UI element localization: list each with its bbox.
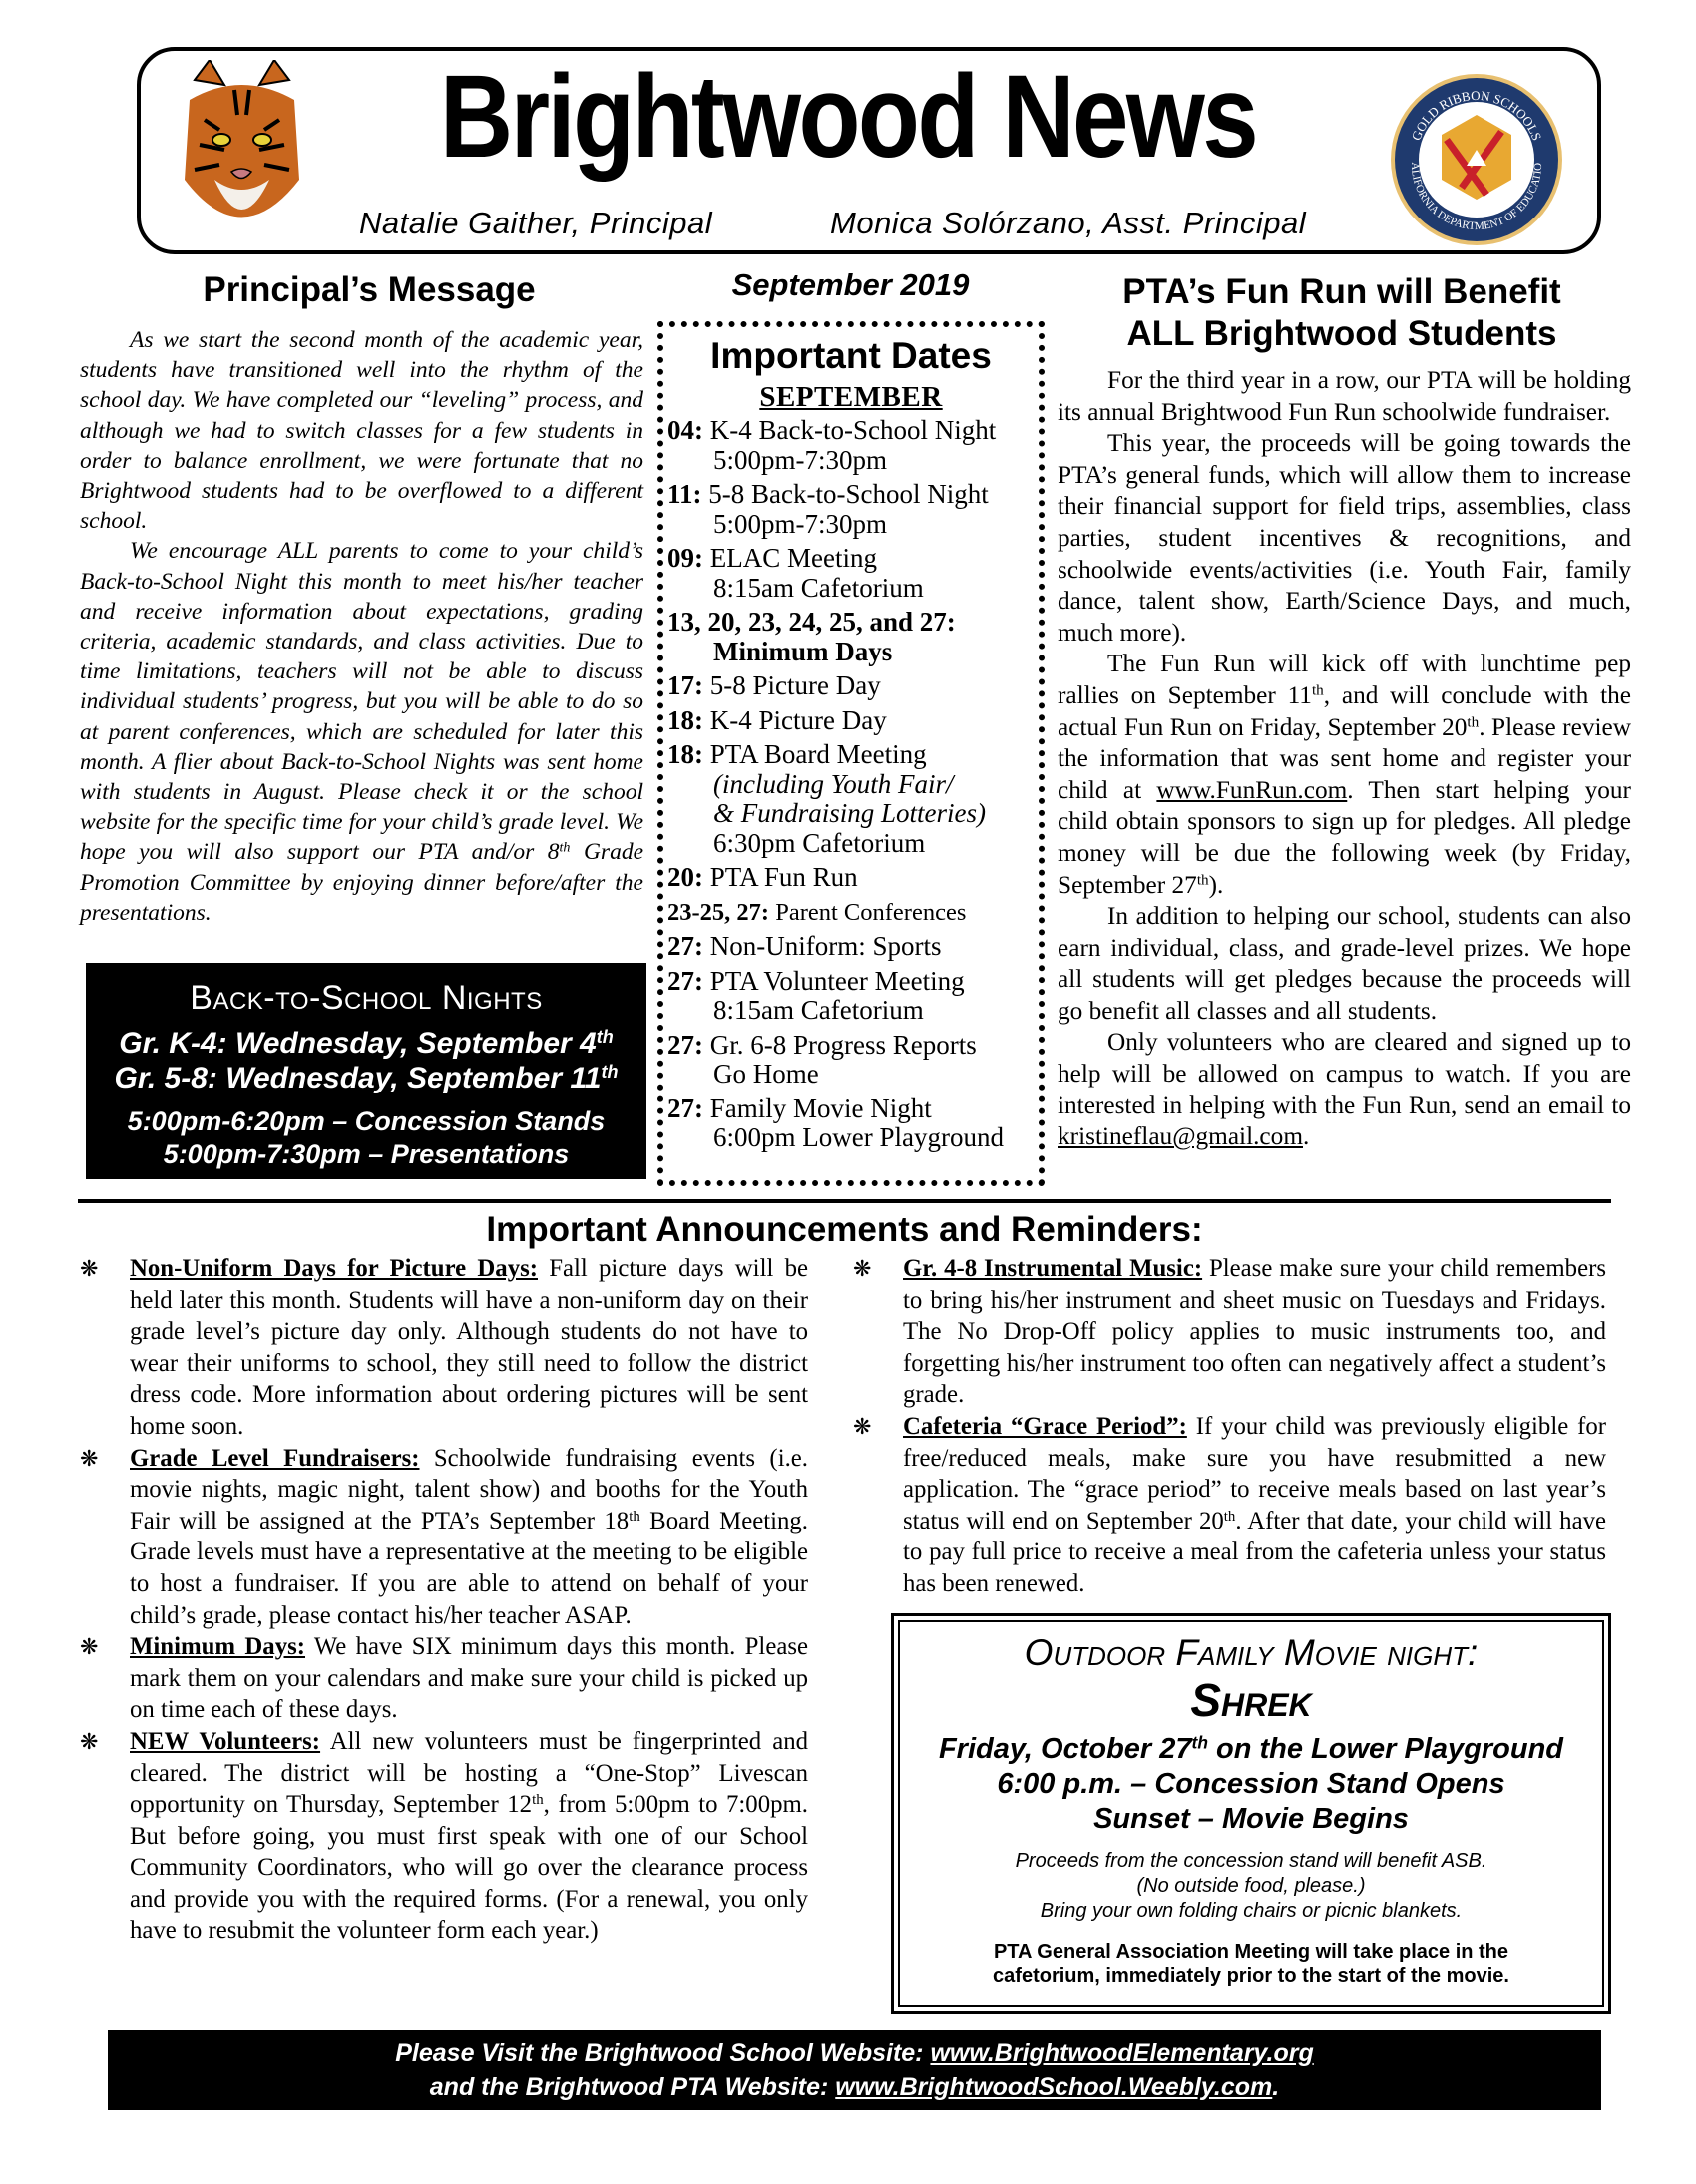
pta-article-body: For the third year in a row, our PTA wil… (1058, 365, 1631, 1153)
back-to-school-nights-box: Back-to-School Nights Gr. K-4: Wednesday… (86, 963, 646, 1179)
g58-date: Gr. 5-8: Wednesday, September 11th (86, 1061, 646, 1095)
principal-message-body: As we start the second month of the acad… (80, 325, 643, 928)
date-item: 17: 5-8 Picture Day (663, 671, 1039, 701)
announcement-item: ❋NEW Volunteers: All new volunteers must… (80, 1726, 808, 1947)
date-item: 27: Gr. 6-8 Progress ReportsGo Home (663, 1031, 1039, 1090)
principal-message-title: Principal’s Message (110, 269, 629, 311)
pta-paragraph: For the third year in a row, our PTA wil… (1058, 365, 1631, 428)
announcement-item: ❋Gr. 4-8 Instrumental Music: Please make… (853, 1253, 1606, 1411)
snowflake-bullet-icon: ❋ (80, 1443, 98, 1475)
announcement-item: ❋Cafeteria “Grace Period”: If your child… (853, 1411, 1606, 1600)
snowflake-bullet-icon: ❋ (853, 1253, 871, 1285)
pta-paragraph: Only volunteers who are cleared and sign… (1058, 1027, 1631, 1152)
pta-website-line: and the Brightwood PTA Website: www.Brig… (108, 2070, 1601, 2104)
section-divider (78, 1199, 1611, 1203)
school-website-link[interactable]: www.BrightwoodElementary.org (930, 2039, 1313, 2067)
snowflake-bullet-icon: ❋ (853, 1411, 871, 1443)
back-to-school-heading: Back-to-School Nights (86, 979, 646, 1018)
website-footer: Please Visit the Brightwood School Websi… (108, 2030, 1601, 2110)
movie-night-box: Outdoor Family Movie night: Shrek Friday… (891, 1613, 1611, 2014)
date-item: 18: K-4 Picture Day (663, 706, 1039, 736)
email-link[interactable]: kristineflau@gmail.com (1058, 1122, 1303, 1150)
pta-meeting-note: PTA General Association Meeting will tak… (900, 1940, 1602, 1989)
movie-title: Shrek (900, 1674, 1602, 1726)
announcement-item: ❋Minimum Days: We have SIX minimum days … (80, 1631, 808, 1726)
date-item: 27: Family Movie Night6:00pm Lower Playg… (663, 1094, 1039, 1153)
date-item: 23-25, 27: Parent Conferences (663, 898, 1039, 928)
movie-date: Friday, October 27th on the Lower Playgr… (900, 1732, 1602, 1767)
principal-message-paragraph: As we start the second month of the acad… (80, 325, 643, 536)
principal-name: Natalie Gaither, Principal (359, 206, 712, 241)
gold-ribbon-schools-seal-icon: GOLD RIBBON SCHOOLS CALIFORNIA DEPARTMEN… (1387, 70, 1566, 249)
announcements-title: Important Announcements and Reminders: (78, 1209, 1611, 1251)
date-item: 27: PTA Volunteer Meeting8:15am Cafetori… (663, 967, 1039, 1026)
month-label: SEPTEMBER (663, 381, 1039, 414)
date-item: 27: Non-Uniform: Sports (663, 932, 1039, 962)
pta-paragraph: The Fun Run will kick off with lunchtime… (1058, 649, 1631, 901)
movie-night-heading: Outdoor Family Movie night: (900, 1632, 1602, 1674)
snowflake-bullet-icon: ❋ (80, 1726, 98, 1758)
announcements-right-column: ❋Gr. 4-8 Instrumental Music: Please make… (853, 1253, 1606, 1600)
date-item: 20: PTA Fun Run (663, 863, 1039, 893)
principal-message-paragraph: We encourage ALL parents to come to your… (80, 536, 643, 928)
snowflake-bullet-icon: ❋ (80, 1631, 98, 1663)
date-item: 09: ELAC Meeting8:15am Cafetorium (663, 544, 1039, 603)
tiger-mascot-icon (180, 60, 304, 249)
school-website-line: Please Visit the Brightwood School Websi… (108, 2036, 1601, 2070)
pta-article-title: PTA’s Fun Run will Benefit ALL Brightwoo… (1053, 271, 1631, 355)
snowflake-bullet-icon: ❋ (80, 1253, 98, 1285)
pta-website-link[interactable]: www.BrightwoodSchool.Weebly.com (835, 2073, 1272, 2101)
important-dates-title: Important Dates (663, 335, 1039, 377)
announcements-left-column: ❋Non-Uniform Days for Picture Days: Fall… (80, 1253, 808, 1947)
announcement-item: ❋Non-Uniform Days for Picture Days: Fall… (80, 1253, 808, 1443)
pta-paragraph: This year, the proceeds will be going to… (1058, 428, 1631, 649)
presentation-time: 5:00pm-7:30pm – Presentations (86, 1138, 646, 1171)
issue-date: September 2019 (658, 267, 1043, 303)
date-item: 04: K-4 Back-to-School Night5:00pm-7:30p… (663, 416, 1039, 475)
important-dates-box: Important Dates SEPTEMBER 04: K-4 Back-t… (657, 321, 1045, 1186)
concession-time: 5:00pm-6:20pm – Concession Stands (86, 1105, 646, 1138)
funrun-link[interactable]: www.FunRun.com (1156, 776, 1347, 804)
date-item: 11: 5-8 Back-to-School Night5:00pm-7:30p… (663, 480, 1039, 539)
date-item: 18: PTA Board Meeting (including Youth F… (663, 740, 1039, 858)
pta-paragraph: In addition to helping our school, stude… (1058, 901, 1631, 1027)
concession-opens: 6:00 p.m. – Concession Stand Opens (900, 1767, 1602, 1802)
asst-principal-name: Monica Solórzano, Asst. Principal (830, 206, 1306, 241)
date-item: 13, 20, 23, 24, 25, and 27:Minimum Days (663, 608, 1039, 666)
movie-begins: Sunset – Movie Begins (900, 1802, 1602, 1837)
newsletter-title: Brightwood News (402, 52, 1294, 182)
announcement-item: ❋Grade Level Fundraisers: Schoolwide fun… (80, 1443, 808, 1632)
movie-note: Proceeds from the concession stand will … (900, 1849, 1602, 1924)
k4-date: Gr. K-4: Wednesday, September 4th (86, 1026, 646, 1061)
